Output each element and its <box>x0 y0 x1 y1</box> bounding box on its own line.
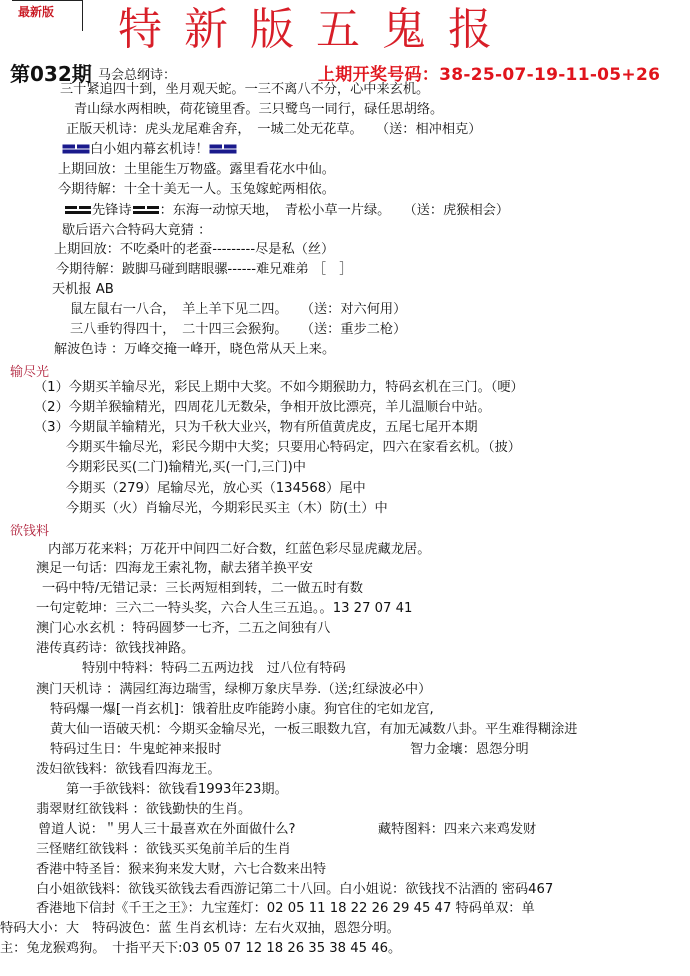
bai-poem-title: 白小姐内幕玄机诗！ <box>62 140 237 159</box>
xiehouyu-title: 歇后语六合特码大竟猜 ： <box>62 221 211 240</box>
yuqian-line: 黄大仙一语破天机：今期买金输尽光，一板三眼数九宫，有加无减数八卦。平生难得糊涂进 <box>50 720 578 739</box>
yuqian-line: 主：兔龙猴鸡狗。 十指平天下:03 05 07 12 18 26 35 38 4… <box>0 939 401 958</box>
shujinguang-item: （3）今期鼠羊输精光，只为千秋大业兴，物有所值黄虎皮，五尾七尾开本期 <box>34 418 478 437</box>
yuqian-line: 翡翠财红欲钱料 ：欲钱勤快的生肖。 <box>36 800 251 819</box>
yuqian-line: 澳门心水玄机 ：特码圆梦一七齐，二五之间独有八 <box>36 619 330 638</box>
tianji-title: 天机报 AB <box>52 280 114 299</box>
yuqian-line: 白小姐欲钱料：欲钱买欲钱去看西游记第二十八回。白小姐说：欲钱找不沾酒的 密码46… <box>36 880 553 899</box>
yuqian-line: 三怪赌红欲钱料 ：欲钱买买兔前羊后的生肖 <box>36 840 291 859</box>
latest-edition-badge: 最新版 <box>18 3 54 20</box>
yuqian-line: 香港中特圣旨：猴来狗来发大财，六七合数来出特 <box>36 860 326 879</box>
double-bar-icon <box>210 144 236 155</box>
yuqian-line: 特别中特料：特码二五两边找 过八位有特码 <box>82 659 346 678</box>
yuqian-line: 澳门天机诗 ：满园红海边瑞雪，绿柳万象庆旱券.（送;红绿波必中） <box>36 680 431 699</box>
yuqian-line: 特码过生日：牛鬼蛇神来报时 <box>50 740 221 759</box>
yuqian-line: 藏特图料：四来六来鸡发财 <box>378 820 536 839</box>
shujinguang-item: 今期彩民买(二门)输精光,买(一门,三门)中 <box>66 458 306 477</box>
section-title-yuqianliao: 欲钱料 <box>10 520 49 539</box>
last-draw-numbers: 38-25-07-19-11-05+26 <box>439 65 660 85</box>
yuqian-line: 澳足一句话：四海龙王索礼物，献去猪羊换平安 <box>36 559 313 578</box>
yuqian-line: 第一手欲钱料：欲钱看1993年23期。 <box>66 780 288 799</box>
yuqian-line: 特码爆一爆[一肖玄机]：饿着肚皮咋能跨小康。狗官住的宅如龙宫, <box>50 700 434 719</box>
yuqian-line: 一句定乾坤：三六二一特头奖，六合人生三五追。。13 27 07 41 <box>36 599 412 618</box>
yuqian-line: 曾道人说：＂男人三十最喜欢在外面做什么? <box>38 820 296 839</box>
poem-line-1: 三十紧追四十到，坐月观天蛇。一三不离八不分，心中来玄机。 <box>60 80 429 99</box>
xiehouyu-now: 今期待解：跛脚马碰到瞎眼骡------难兄难弟 ［ ］ <box>56 260 353 279</box>
double-bar-icon <box>63 144 89 155</box>
shujinguang-item: 今期买牛输尽光，彩民今期中大奖；只要用心特码定，四六在家看玄机。（披） <box>66 438 521 457</box>
double-bar-icon <box>133 205 159 216</box>
shujinguang-item: 今期买（279）尾输尽光，放心买（134568）尾中 <box>66 479 366 498</box>
yuqian-line: 港传真药诗：欲钱找神路。 <box>36 639 194 658</box>
zhengban-poem: 正版天机诗：虎头龙尾难舍弃， 一城二处无花草。 （送：相冲相克） <box>66 120 481 139</box>
xiehouyu-last: 上期回放：不吃桑叶的老蚕---------尽是私（丝） <box>54 240 334 259</box>
yuqian-line: 内部万花来料；万花开中间四二好合数，红蓝色彩尽显虎藏龙居。 <box>48 540 430 559</box>
shujinguang-item: 今期买（火）肖输尽光，今期彩民买主（木）防(土）中 <box>66 499 388 518</box>
yuqian-line: 泼妇欲钱料：欲钱看四海龙王。 <box>36 760 221 779</box>
bai-last-replay: 上期回放：土里能生万物盛。露里看花水中仙。 <box>58 160 335 179</box>
poem-line-2: 青山绿水两相映，荷花镜里香。三只鹭鸟一同行，碌任思胡络。 <box>74 100 443 119</box>
page-title: 特新版五鬼报 <box>118 2 514 58</box>
tianji-line-1: 鼠左鼠右一八合， 羊上羊下见二四。 （送：对六何用） <box>70 300 406 319</box>
yuqian-line: 香港地下信封《千王之王》：九宝莲灯：02 05 11 18 22 26 29 4… <box>36 899 535 918</box>
yuqian-line: 特码大小：大 特码波色：蓝 生肖玄机诗：左右火双抽，恩怨分明。 <box>0 919 400 938</box>
xianfeng-poem: 先锋诗：东海一动惊天地， 青松小草一片绿。 （送：虎猴相会） <box>64 201 509 220</box>
bai-now-riddle: 今期待解：十全十美无一人。玉兔嫁蛇两相依。 <box>58 180 335 199</box>
jiebo-poem: 解波色诗 ：万峰交掩一峰开，晓色常从天上来。 <box>54 340 335 359</box>
double-bar-icon <box>65 205 91 216</box>
yuqian-line: 智力金壤：恩怨分明 <box>410 740 529 759</box>
tianji-line-2: 三八垂钓得四十， 二十四三会猴狗。 （送：重步二枪） <box>70 320 406 339</box>
shujinguang-item: （2）今期羊猴输精光，四周花儿无数朵，争相开放比漂亮，羊儿温顺台中站。 <box>34 398 491 417</box>
yuqian-line: 一码中特/无错记录：三长两短相到转，二一做五时有数 <box>42 579 363 598</box>
shujinguang-item: （1）今期买羊输尽光，彩民上期中大奖。不如今期猴助力，特码玄机在三门。（哽） <box>34 378 524 397</box>
